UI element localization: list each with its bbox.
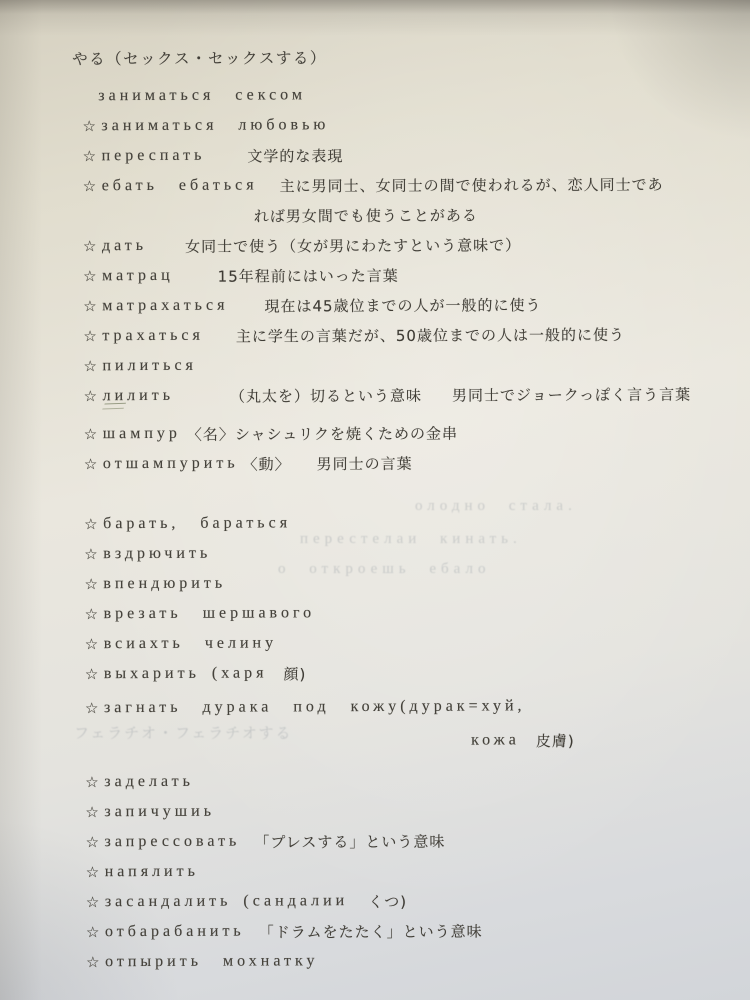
entry-line: ☆отпырить мохнатку <box>86 944 722 977</box>
russian-term: отшампурить <box>103 455 239 474</box>
entry-line: ☆отшампурить〈動〉男同士の言葉 <box>84 446 720 479</box>
russian-term: заниматься сексом <box>98 86 306 105</box>
entry-line: ☆матрахаться現在は45歳位までの人が一般的に使う <box>83 288 719 321</box>
entry-line: ☆барать, бараться <box>84 506 720 539</box>
glossary-list: заниматься сексом☆заниматься любовью☆пер… <box>82 78 722 977</box>
entry-line: ☆выхарить(харя顔) <box>85 656 721 689</box>
russian-term: матрахаться <box>102 297 228 316</box>
japanese-note: 文学的な表現 <box>247 145 343 166</box>
russian-term: загнать дурака под кожу(дурак=хуй, <box>104 697 526 717</box>
entry-line: ☆запрессовать「プレスする」という意味 <box>85 824 721 857</box>
japanese-note: れば男女間でも使うことがある <box>254 204 478 226</box>
russian-term: шампур <box>103 425 181 443</box>
japanese-note: 現在は45歳位までの人が一般的に使う <box>264 294 541 316</box>
russian-term: матрац <box>102 267 174 285</box>
star-icon: ☆ <box>84 387 103 405</box>
japanese-note: 皮膚) <box>536 730 575 751</box>
star-icon: ☆ <box>86 953 105 971</box>
entry-line: ☆засандалить(сандалииくつ) <box>86 884 722 917</box>
japanese-note: 〈名〉シャシュリクを焼くための金串 <box>187 422 458 444</box>
japanese-note: （丸太を）切るという意味 <box>230 384 422 406</box>
entry-line: заниматься сексом <box>82 78 718 111</box>
entry-line: ☆пилиться <box>83 348 719 381</box>
russian-term: запичушиь <box>104 803 215 821</box>
entry-line: ☆всиахть челину <box>85 626 721 659</box>
entry-line: ☆заделать <box>85 764 721 797</box>
star-icon: ☆ <box>83 267 102 285</box>
star-icon: ☆ <box>86 863 105 881</box>
russian-term: барать, бараться <box>103 514 291 533</box>
entry-line: ☆трахаться主に学生の言葉だが、50歳位までの人は一般的に使う <box>83 318 719 351</box>
page-content: やる（セックス・セックスする） заниматься сексом☆занима… <box>0 0 750 978</box>
entry-line: ☆впендюрить <box>84 566 720 599</box>
russian-term: пилиться <box>102 357 196 375</box>
japanese-note: 「ドラムをたたく」という意味 <box>259 920 483 942</box>
star-icon: ☆ <box>84 575 103 593</box>
japanese-note: 男同士の言葉 <box>317 452 413 473</box>
star-icon: ☆ <box>84 545 103 563</box>
russian-term: (сандалии <box>243 892 348 910</box>
entry-line: ☆заниматься любовью <box>82 108 718 141</box>
star-icon: ☆ <box>85 605 104 623</box>
russian-term: впендюрить <box>103 575 226 594</box>
russian-term: отпырить мохнатку <box>105 952 319 971</box>
entry-line: ☆отбарабанить「ドラムをたたく」という意味 <box>86 914 722 947</box>
entry-line: ☆напялить <box>86 854 722 887</box>
japanese-note: 顔) <box>283 663 306 684</box>
japanese-note: 主に男同士、女同士の間で使われるが、恋人同士であ <box>280 173 664 196</box>
japanese-note: 女同士で使う（女が男にわたすという意味で） <box>185 234 521 256</box>
star-icon: ☆ <box>83 177 102 195</box>
japanese-note: 男同士でジョークっぽく言う言葉 <box>452 383 691 405</box>
japanese-note: 〈動〉 <box>243 453 291 474</box>
entry-line: ☆переспать文学的な表現 <box>82 138 718 171</box>
entry-line: ☆матрац15年程前にはいった言葉 <box>83 258 719 291</box>
photographed-document-page: олодно стала. перестелаи кинать. о откро… <box>0 0 750 1000</box>
pencil-underline-mark <box>102 403 126 410</box>
japanese-note: くつ) <box>368 890 407 911</box>
entry-continuation-line: れば男女間でも使うことがある <box>83 198 719 231</box>
entry-line: ☆запичушиь <box>85 794 721 827</box>
russian-term: переспать <box>102 147 206 165</box>
russian-term: врезать шершавого <box>104 604 316 623</box>
russian-term: отбарабанить <box>105 923 245 942</box>
russian-term: ебать ебаться <box>102 177 258 196</box>
entry-line: ☆лилить（丸太を）切るという意味男同士でジョークっぽく言う言葉 <box>84 378 720 411</box>
entry-line: ☆дать女同士で使う（女が男にわたすという意味で） <box>83 228 719 261</box>
russian-term: заделать <box>104 773 194 791</box>
star-icon: ☆ <box>85 699 104 717</box>
star-icon: ☆ <box>85 665 104 683</box>
japanese-note: 「プレスする」という意味 <box>254 830 445 852</box>
russian-term: трахаться <box>102 327 204 345</box>
star-icon: ☆ <box>85 635 104 653</box>
russian-term: заниматься любовью <box>101 116 329 135</box>
star-icon: ☆ <box>84 425 103 443</box>
star-icon: ☆ <box>83 237 102 255</box>
russian-term: выхарить <box>104 665 200 683</box>
russian-term: вздрючить <box>103 545 211 563</box>
russian-term: засандалить <box>105 893 232 912</box>
russian-term: напялить <box>105 863 199 881</box>
star-icon: ☆ <box>83 357 102 375</box>
star-icon: ☆ <box>86 923 105 941</box>
star-icon: ☆ <box>84 455 103 473</box>
entry-line: ☆врезать шершавого <box>84 596 720 629</box>
entry-line: ☆ебать ебаться主に男同士、女同士の間で使われるが、恋人同士であ <box>83 168 719 201</box>
star-icon: ☆ <box>86 833 105 851</box>
russian-term: (харя <box>212 664 268 682</box>
star-icon: ☆ <box>83 327 102 345</box>
star-icon: ☆ <box>82 117 101 135</box>
star-icon: ☆ <box>85 803 104 821</box>
japanese-note: 15年程前にはいった言葉 <box>218 264 399 286</box>
star-icon: ☆ <box>84 515 103 533</box>
entry-line: ☆вздрючить <box>84 536 720 569</box>
entry-continuation-line: кожа皮膚) <box>85 724 721 757</box>
russian-term: дать <box>102 237 147 255</box>
star-icon: ☆ <box>85 773 104 791</box>
star-icon: ☆ <box>83 147 102 165</box>
russian-term: запрессовать <box>105 833 241 852</box>
entry-line: ☆загнать дурака под кожу(дурак=хуй, <box>85 690 721 723</box>
russian-term: кожа <box>471 731 520 749</box>
russian-term: всиахть челину <box>104 634 277 653</box>
star-icon: ☆ <box>83 297 102 315</box>
page-title: やる（セックス・セックスする） <box>72 44 718 81</box>
entry-line: ☆шампур〈名〉シャシュリクを焼くための金串 <box>84 416 720 449</box>
japanese-note: 主に学生の言葉だが、50歳位までの人は一般的に使う <box>236 323 625 346</box>
star-icon: ☆ <box>86 893 105 911</box>
